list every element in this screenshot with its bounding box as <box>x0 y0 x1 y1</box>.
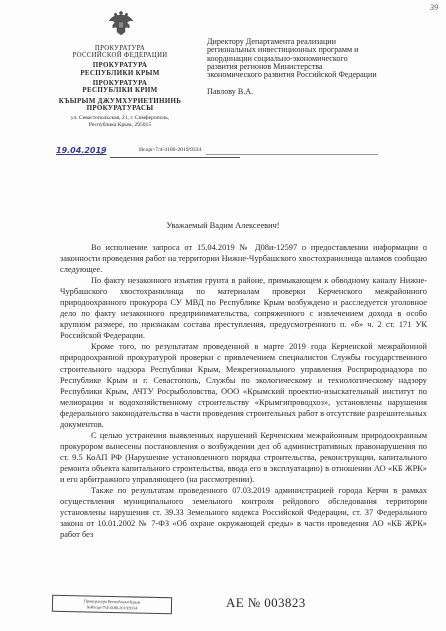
addressee-name: Павлову В.А. <box>207 88 442 96</box>
coat-of-arms-icon <box>106 8 136 38</box>
sender-line: РЕСПУБЛІКИ КРИМ <box>50 87 190 94</box>
paragraph: С целью устранения выявленных нарушений … <box>60 430 427 485</box>
paragraph: По факту незаконного изъятия грунта в ра… <box>60 275 427 341</box>
outgoing-number: Исорг-7/4-4180-2019/9334 <box>139 147 201 153</box>
sender-line: ПРОКУРАТУРАСЫ <box>50 105 190 112</box>
paragraph: Во исполнение запроса от 15.04.2019 № Д0… <box>60 242 427 275</box>
stamp-line: №Исорг-7/4-4180-2019/9334 <box>53 603 171 611</box>
sender-line: РОССИЙСКОЙ ФЕДЕРАЦИИ <box>50 52 190 59</box>
letter-body: Во исполнение запроса от 15.04.2019 № Д0… <box>60 230 427 540</box>
addressee-block: Директору Департамента реализации регион… <box>207 38 442 97</box>
sender-line: РЕСПУБЛИКИ КРЫМ <box>50 70 190 77</box>
addressee-line: экономического развития Российской Федер… <box>207 71 442 79</box>
registration-stamp: Прокуратура Республики Крым №Исорг-7/4-4… <box>52 595 172 615</box>
paragraph: Также по результатам проведенного 07.03.… <box>60 485 427 540</box>
form-serial-number: АЕ № 003823 <box>226 595 306 611</box>
number-label: № <box>98 151 103 157</box>
number-underline <box>110 157 240 158</box>
reference-underline <box>206 154 378 155</box>
greeting: Уважаемый Вадим Алексеевич! <box>0 221 446 230</box>
sender-letterhead: ПРОКУРАТУРА РОССИЙСКОЙ ФЕДЕРАЦИИ ПРОКУРА… <box>50 45 190 129</box>
sender-address: Республика Крым, 295015 <box>50 122 190 129</box>
registration-line: 19.04.2019 № Исорг-7/4-4180-2019/9334 <box>56 146 378 160</box>
handwritten-page-mark: 39 <box>430 3 438 12</box>
paragraph: Кроме того, по результатам проведенной в… <box>60 341 427 429</box>
